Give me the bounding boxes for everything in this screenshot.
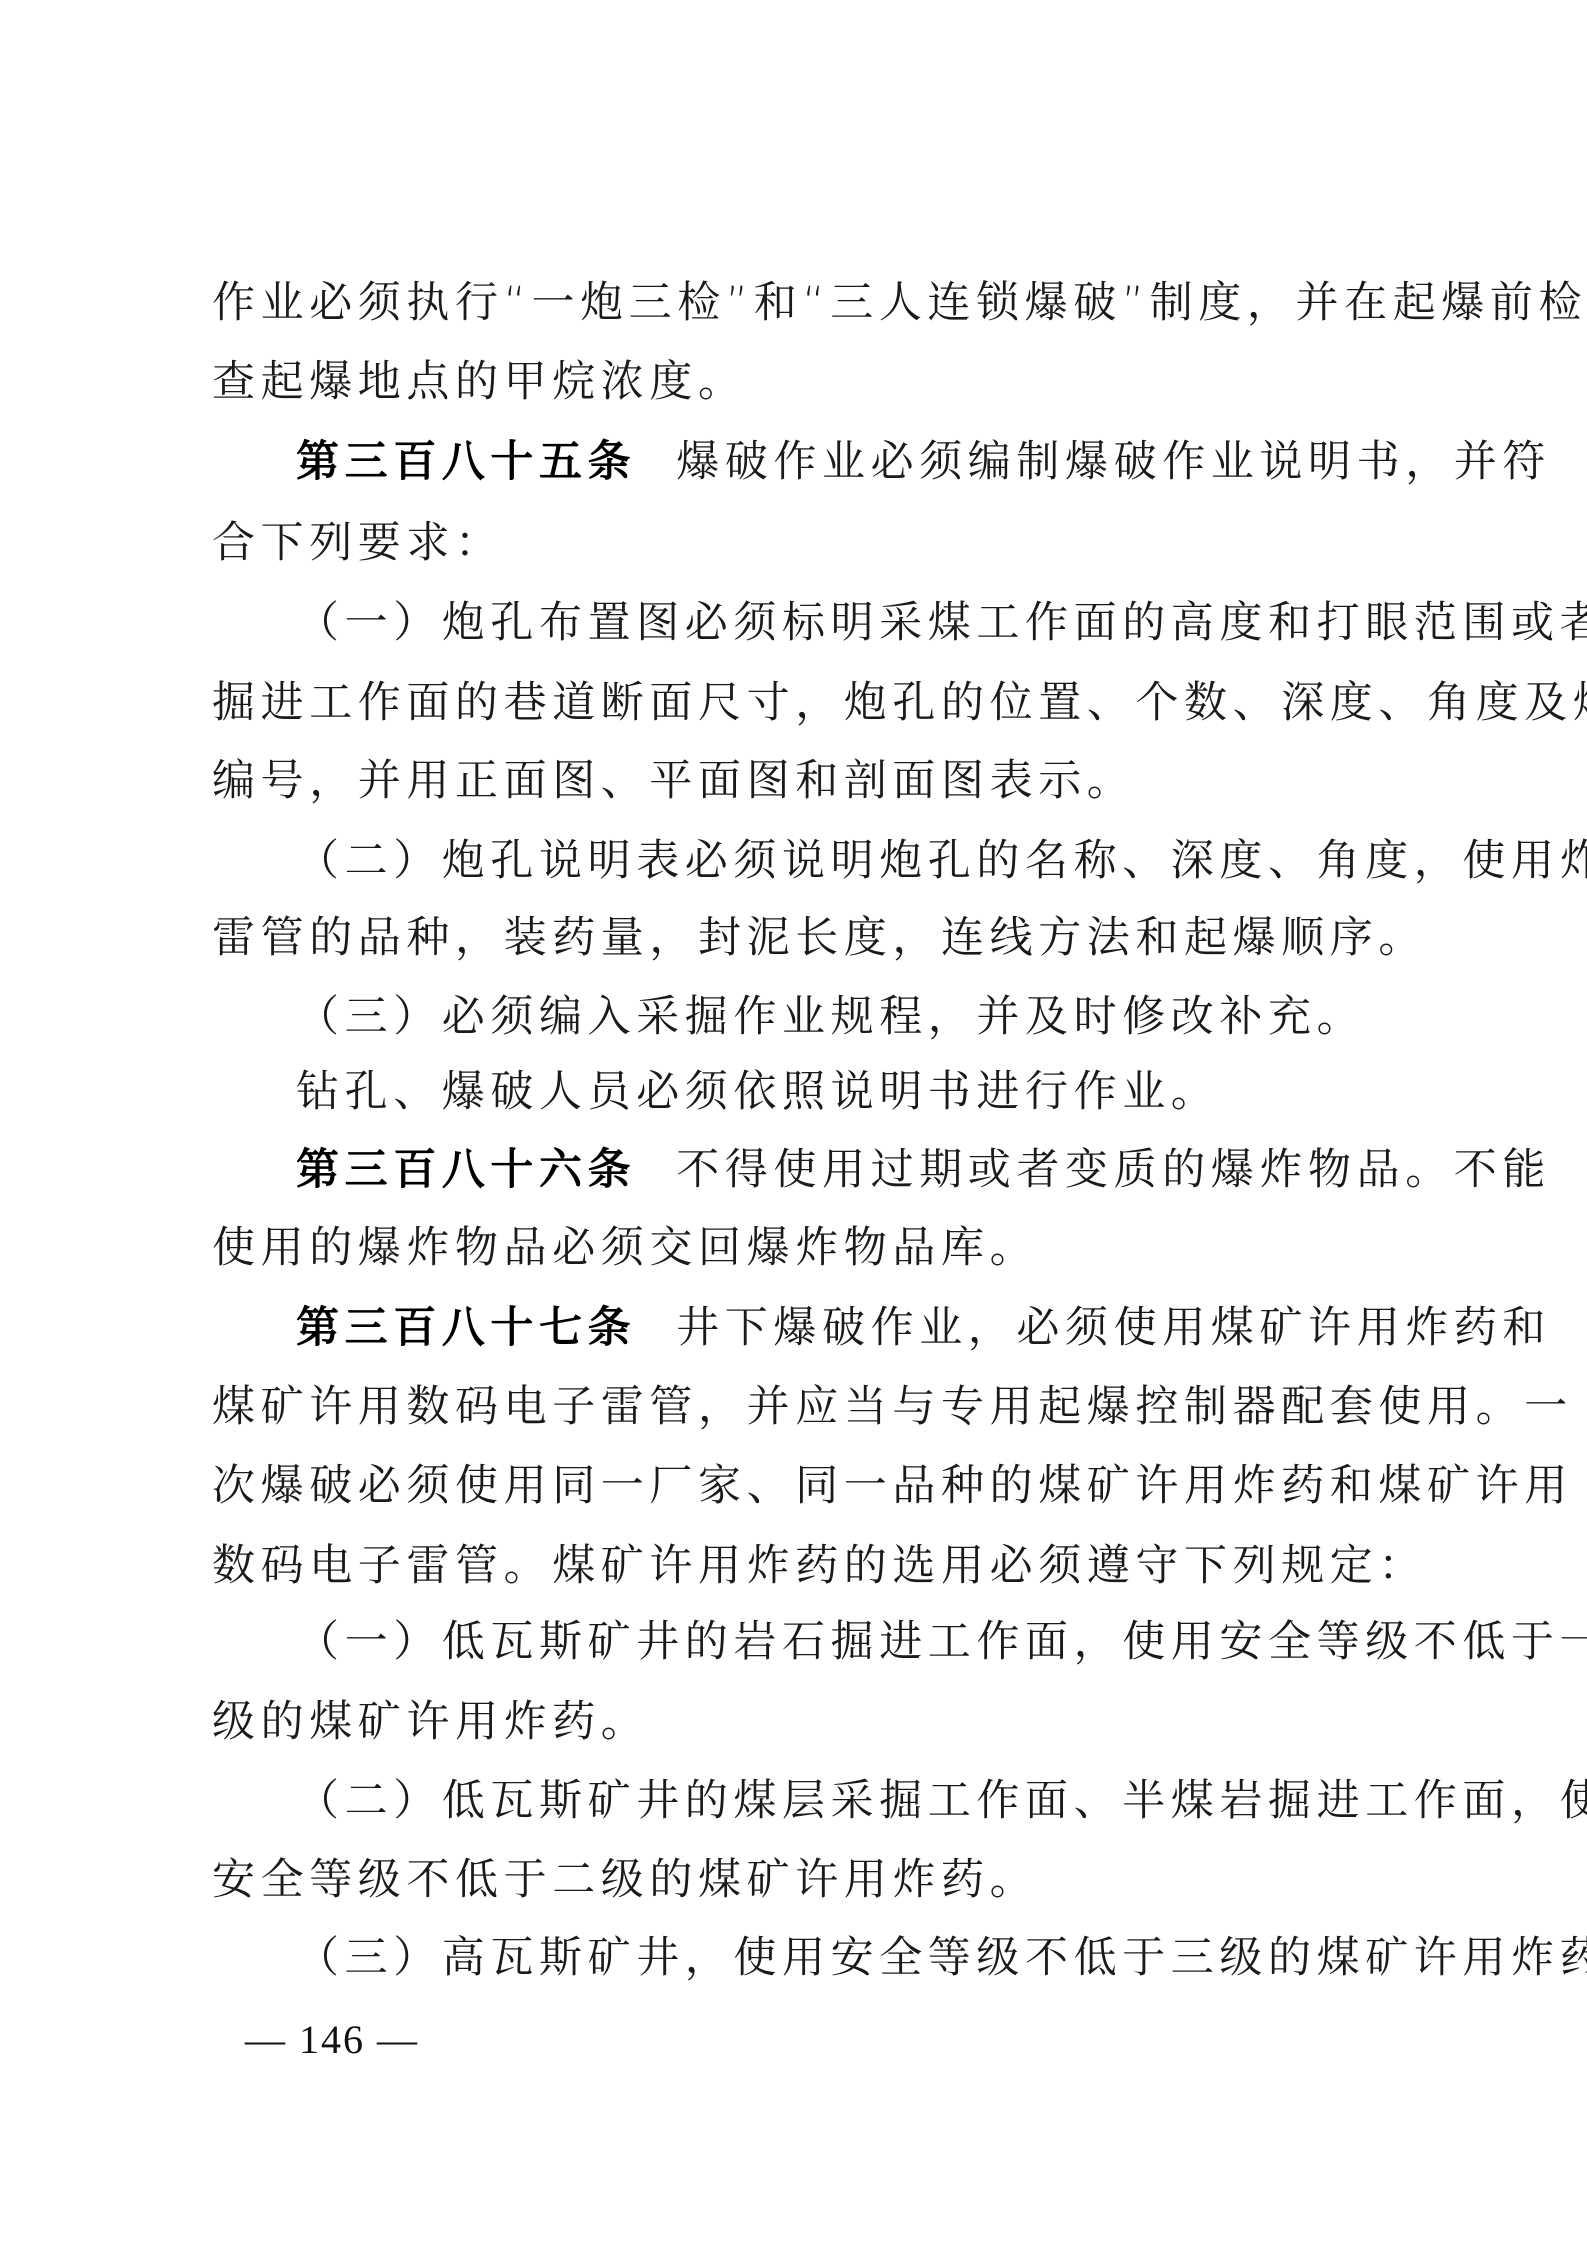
line-text: 次爆破必须使用同一厂家、同一品种的煤矿许用炸药和煤矿许用: [212, 1461, 1573, 1511]
text-line: （二）炮孔说明表必须说明炮孔的名称、深度、角度，使用炸药、: [296, 831, 1476, 891]
text-line: 使用的爆炸物品必须交回爆炸物品库。: [212, 1218, 1392, 1278]
text-line: 钻孔、爆破人员必须依照说明书进行作业。: [296, 1062, 1476, 1122]
article-number: 第三百八十五条: [296, 437, 636, 487]
text-line: 次爆破必须使用同一厂家、同一品种的煤矿许用炸药和煤矿许用: [212, 1456, 1392, 1516]
line-text: 不得使用过期或者变质的爆炸物品。不能: [676, 1145, 1551, 1195]
text-line: 作业必须执行“一炮三检”和“三人连锁爆破”制度，并在起爆前检: [212, 273, 1392, 333]
text-line: 煤矿许用数码电子雷管，并应当与专用起爆控制器配套使用。一: [212, 1377, 1392, 1437]
line-text: 使用的爆炸物品必须交回爆炸物品库。: [212, 1223, 1038, 1273]
line-text: 掘进工作面的巷道断面尺寸，炮孔的位置、个数、深度、角度及炮孔: [212, 678, 1587, 728]
line-text: 雷管的品种，装药量，封泥长度，连线方法和起爆顺序。: [212, 913, 1427, 963]
line-text: （一）低瓦斯矿井的岩石掘进工作面，使用安全等级不低于一: [296, 1617, 1587, 1667]
line-text: 煤矿许用数码电子雷管，并应当与专用起爆控制器配套使用。一: [212, 1382, 1573, 1432]
line-text: 安全等级不低于二级的煤矿许用炸药。: [212, 1855, 1038, 1905]
line-text: 爆破作业必须编制爆破作业说明书，并符: [676, 437, 1551, 487]
text-line: （一）炮孔布置图必须标明采煤工作面的高度和打眼范围或者: [296, 593, 1476, 653]
line-text: 查起爆地点的甲烷浓度。: [212, 357, 747, 407]
text-line: 安全等级不低于二级的煤矿许用炸药。: [212, 1850, 1392, 1910]
line-text: （三）必须编入采掘作业规程，并及时修改补充。: [296, 992, 1365, 1042]
article-386-heading-line: 第三百八十六条不得使用过期或者变质的爆炸物品。不能: [296, 1140, 1476, 1200]
text-line: 编号，并用正面图、平面图和剖面图表示。: [212, 751, 1392, 811]
line-text: 钻孔、爆破人员必须依照说明书进行作业。: [296, 1067, 1219, 1117]
line-text: 作业必须执行“一炮三检”和“三人连锁爆破”制度，并在起爆前检: [212, 278, 1587, 328]
line-text: （三）高瓦斯矿井，使用安全等级不低于三级的煤矿许用炸药。: [296, 1933, 1587, 1983]
line-text: 数码电子雷管。煤矿许用炸药的选用必须遵守下列规定：: [212, 1541, 1427, 1591]
article-385-heading-line: 第三百八十五条爆破作业必须编制爆破作业说明书，并符: [296, 432, 1476, 492]
text-line: 数码电子雷管。煤矿许用炸药的选用必须遵守下列规定：: [212, 1536, 1392, 1596]
line-text: 合下列要求：: [212, 518, 504, 568]
text-line: 掘进工作面的巷道断面尺寸，炮孔的位置、个数、深度、角度及炮孔: [212, 673, 1392, 733]
article-number: 第三百八十七条: [296, 1303, 636, 1353]
line-text: （一）炮孔布置图必须标明采煤工作面的高度和打眼范围或者: [296, 598, 1587, 648]
text-line: （一）低瓦斯矿井的岩石掘进工作面，使用安全等级不低于一: [296, 1612, 1476, 1672]
page-number: — 146 —: [245, 2012, 419, 2068]
text-line: 级的煤矿许用炸药。: [212, 1692, 1392, 1752]
article-number: 第三百八十六条: [296, 1145, 636, 1195]
document-page: 作业必须执行“一炮三检”和“三人连锁爆破”制度，并在起爆前检 查起爆地点的甲烷浓…: [0, 0, 1587, 2245]
text-line: （三）必须编入采掘作业规程，并及时修改补充。: [296, 987, 1476, 1047]
article-387-heading-line: 第三百八十七条井下爆破作业，必须使用煤矿许用炸药和: [296, 1298, 1476, 1358]
text-line: 合下列要求：: [212, 513, 1392, 573]
line-text: （二）炮孔说明表必须说明炮孔的名称、深度、角度，使用炸药、: [296, 836, 1587, 886]
text-line: （二）低瓦斯矿井的煤层采掘工作面、半煤岩掘进工作面，使用: [296, 1771, 1476, 1831]
line-text: （二）低瓦斯矿井的煤层采掘工作面、半煤岩掘进工作面，使用: [296, 1776, 1587, 1826]
text-line: （三）高瓦斯矿井，使用安全等级不低于三级的煤矿许用炸药。: [296, 1928, 1476, 1988]
line-text: 级的煤矿许用炸药。: [212, 1697, 649, 1747]
text-line: 雷管的品种，装药量，封泥长度，连线方法和起爆顺序。: [212, 908, 1392, 968]
text-line: 查起爆地点的甲烷浓度。: [212, 352, 1392, 412]
line-text: 井下爆破作业，必须使用煤矿许用炸药和: [676, 1303, 1551, 1353]
line-text: 编号，并用正面图、平面图和剖面图表示。: [212, 756, 1135, 806]
